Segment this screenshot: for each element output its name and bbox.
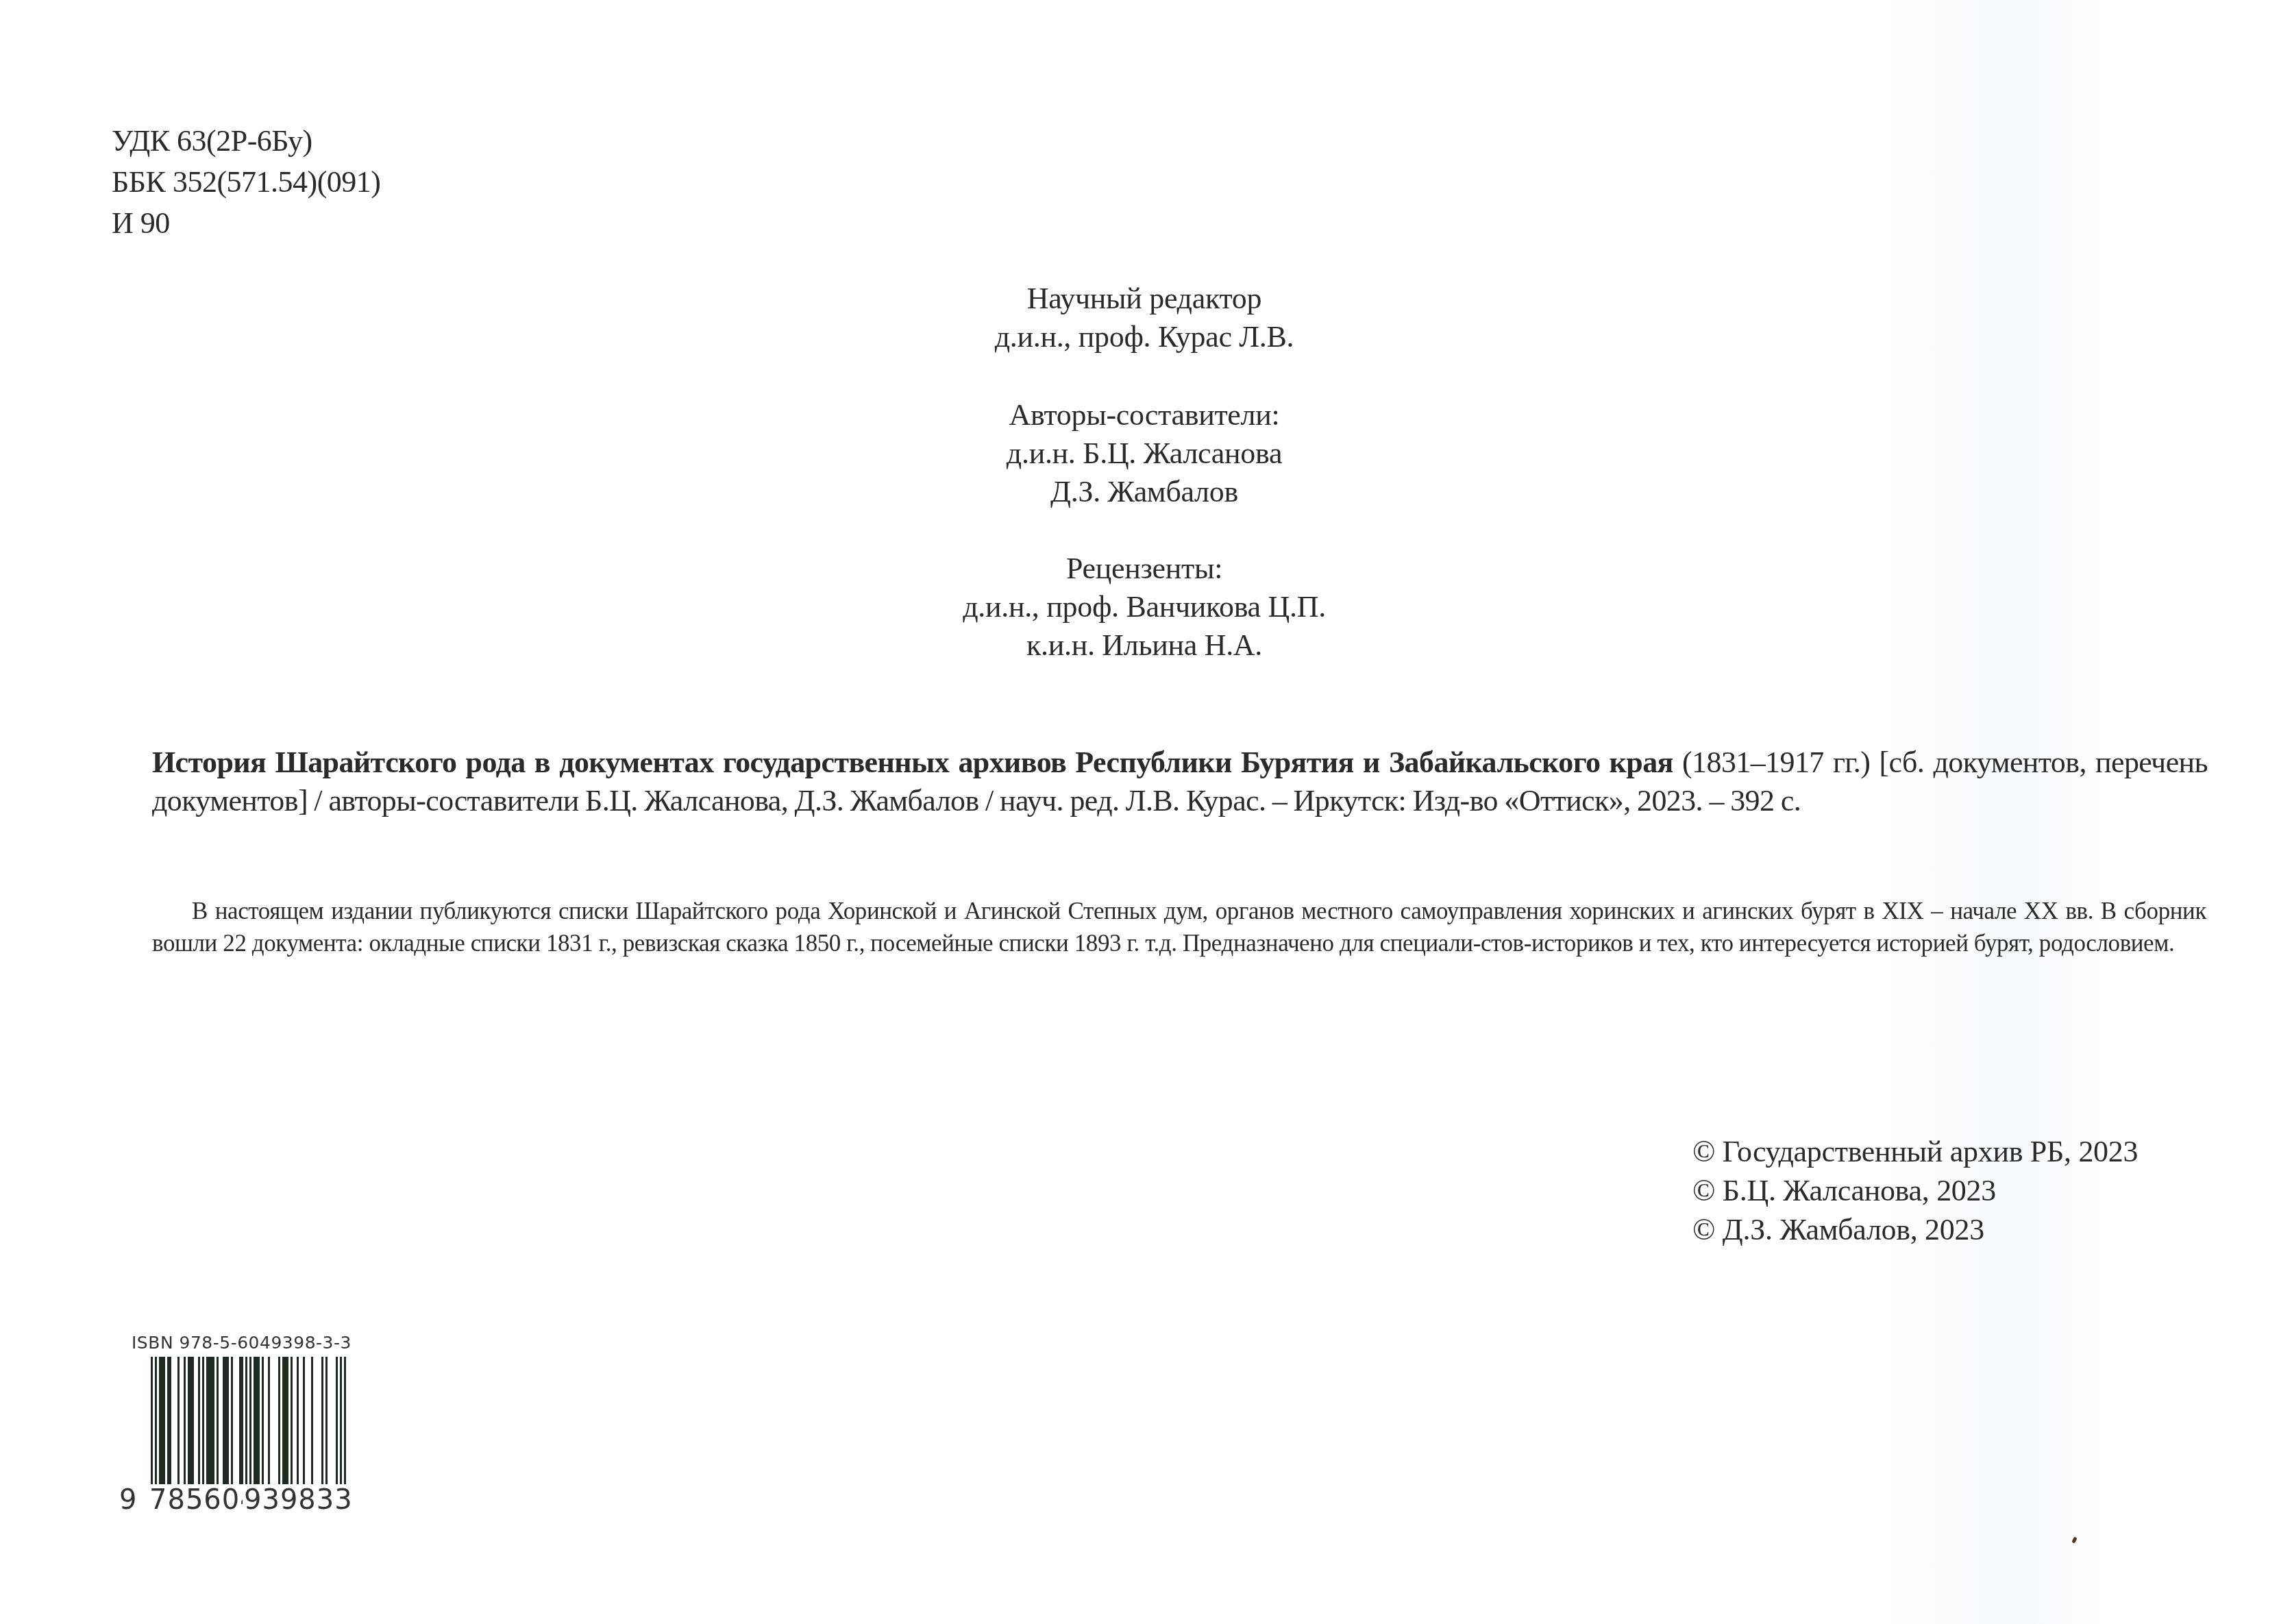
reviewers-block: Рецензенты: д.и.н., проф. Ванчикова Ц.П.…: [740, 550, 1549, 665]
compilers-block: Авторы-составители: д.и.н. Б.Ц. Жалсанов…: [740, 396, 1549, 511]
ean13-barcode-icon: 9 785604 939833: [130, 1357, 363, 1514]
isbn-label: ISBN 978-5-6049398-3-3: [132, 1333, 363, 1353]
compiler-name: д.и.н. Б.Ц. Жалсанова: [740, 434, 1549, 473]
scientific-editor-name: д.и.н., проф. Курас Л.В.: [740, 318, 1549, 356]
barcode-first-digit: 9: [118, 1484, 138, 1516]
reviewer-name: д.и.н., проф. Ванчикова Ц.П.: [740, 588, 1549, 626]
barcode-right-group: 939833: [243, 1484, 354, 1516]
compiler-name: Д.З. Жамбалов: [740, 473, 1549, 511]
copyright-line: © Д.З. Жамбалов, 2023: [1692, 1210, 2138, 1249]
scientific-editor-block: Научный редактор д.и.н., проф. Курас Л.В…: [740, 280, 1549, 356]
udk-code: УДК 63(2Р-6Бу): [112, 121, 381, 162]
book-title: История Шарайтского рода в документах го…: [152, 746, 1673, 779]
isbn-block: ISBN 978-5-6049398-3-3 9 785604 939833: [130, 1333, 363, 1514]
reviewer-name: к.и.н. Ильина Н.А.: [740, 626, 1549, 665]
bbk-code: ББК 352(571.54)(091): [112, 162, 381, 203]
copyright-line: © Б.Ц. Жалсанова, 2023: [1692, 1171, 2138, 1210]
book-imprint-page: УДК 63(2Р-6Бу) ББК 352(571.54)(091) И 90…: [0, 0, 2292, 1624]
reviewers-heading: Рецензенты:: [740, 550, 1549, 588]
author-mark: И 90: [112, 203, 381, 244]
copyright-line: © Государственный архив РБ, 2023: [1692, 1132, 2138, 1171]
classification-codes: УДК 63(2Р-6Бу) ББК 352(571.54)(091) И 90: [112, 121, 381, 244]
copyright-block: © Государственный архив РБ, 2023 © Б.Ц. …: [1692, 1132, 2138, 1249]
scan-speck: [2071, 1536, 2077, 1543]
scientific-editor-heading: Научный редактор: [740, 280, 1549, 318]
annotation-paragraph: В настоящем издании публикуются списки Ш…: [152, 895, 2206, 959]
barcode-digits: 9 785604 939833: [118, 1484, 365, 1518]
compilers-heading: Авторы-составители:: [740, 396, 1549, 434]
bibliographic-record: История Шарайтского рода в документах го…: [152, 743, 2208, 820]
